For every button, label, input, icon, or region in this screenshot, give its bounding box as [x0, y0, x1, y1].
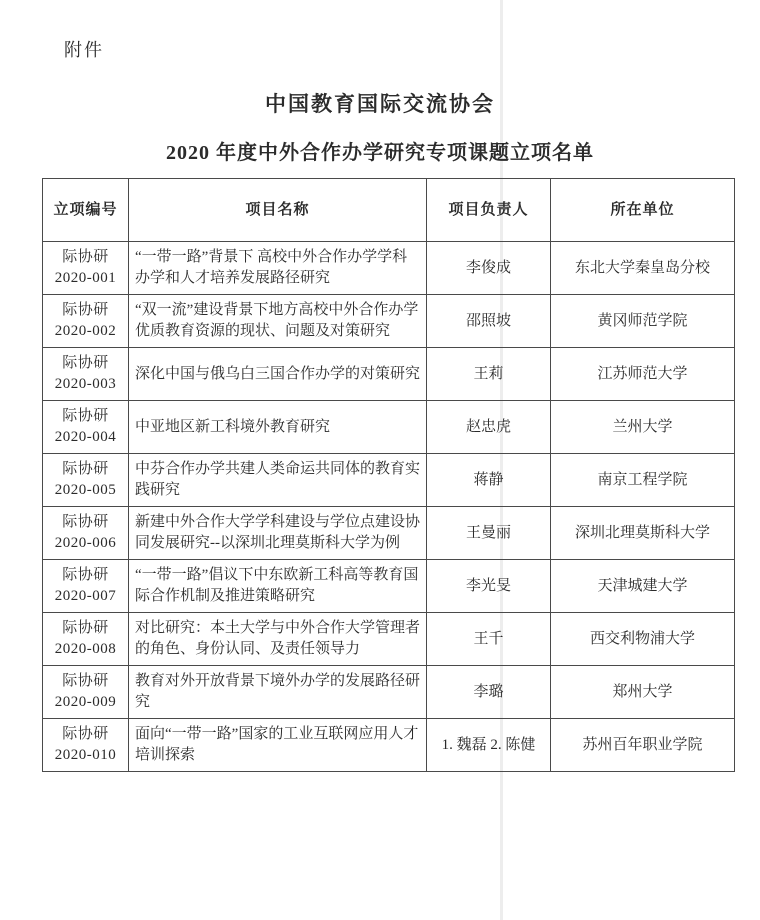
col-header-project-leader: 项目负责人	[427, 179, 551, 242]
institution: 东北大学秦皇岛分校	[551, 242, 735, 295]
institution: 苏州百年职业学院	[551, 719, 735, 772]
project-list-table: 立项编号 项目名称 项目负责人 所在单位 际协研 2020-001 “一带一路”…	[42, 178, 735, 772]
project-name: “双一流”建设背景下地方高校中外合作办学优质教育资源的现状、问题及对策研究	[129, 295, 427, 348]
project-code: 际协研 2020-010	[43, 719, 129, 772]
institution: 天津城建大学	[551, 560, 735, 613]
attachment-label: 附件	[64, 36, 104, 62]
table-row: 际协研 2020-009 教育对外开放背景下境外办学的发展路径研究 李璐 郑州大…	[43, 666, 735, 719]
col-header-project-name: 项目名称	[129, 179, 427, 242]
project-name: 中亚地区新工科境外教育研究	[129, 401, 427, 454]
project-code: 际协研 2020-009	[43, 666, 129, 719]
project-leader: 王千	[427, 613, 551, 666]
table-row: 际协研 2020-002 “双一流”建设背景下地方高校中外合作办学优质教育资源的…	[43, 295, 735, 348]
project-code: 际协研 2020-008	[43, 613, 129, 666]
project-code: 际协研 2020-003	[43, 348, 129, 401]
project-name: 深化中国与俄乌白三国合作办学的对策研究	[129, 348, 427, 401]
project-leader: 王莉	[427, 348, 551, 401]
project-leader: 李俊成	[427, 242, 551, 295]
project-leader: 李璐	[427, 666, 551, 719]
table-row: 际协研 2020-007 “一带一路”倡议下中东欧新工科高等教育国际合作机制及推…	[43, 560, 735, 613]
institution: 黄冈师范学院	[551, 295, 735, 348]
project-code: 际协研 2020-002	[43, 295, 129, 348]
col-header-project-code: 立项编号	[43, 179, 129, 242]
project-leader: 王曼丽	[427, 507, 551, 560]
table-header-row: 立项编号 项目名称 项目负责人 所在单位	[43, 179, 735, 242]
project-code: 际协研 2020-005	[43, 454, 129, 507]
institution: 郑州大学	[551, 666, 735, 719]
project-code: 际协研 2020-004	[43, 401, 129, 454]
project-name: 教育对外开放背景下境外办学的发展路径研究	[129, 666, 427, 719]
table-row: 际协研 2020-010 面向“一带一路”国家的工业互联网应用人才培训探索 1.…	[43, 719, 735, 772]
project-leader: 李光旻	[427, 560, 551, 613]
col-header-institution: 所在单位	[551, 179, 735, 242]
table-row: 际协研 2020-006 新建中外合作大学学科建设与学位点建设协同发展研究--以…	[43, 507, 735, 560]
document-page: 附件 中国教育国际交流协会 2020 年度中外合作办学研究专项课题立项名单 立项…	[0, 0, 760, 920]
table-row: 际协研 2020-004 中亚地区新工科境外教育研究 赵忠虎 兰州大学	[43, 401, 735, 454]
project-leader: 邵照坡	[427, 295, 551, 348]
institution: 南京工程学院	[551, 454, 735, 507]
project-name: 对比研究：本土大学与中外合作大学管理者的角色、身份认同、及责任领导力	[129, 613, 427, 666]
table-row: 际协研 2020-001 “一带一路”背景下 高校中外合作办学学科办学和人才培养…	[43, 242, 735, 295]
project-name: 面向“一带一路”国家的工业互联网应用人才培训探索	[129, 719, 427, 772]
project-code: 际协研 2020-006	[43, 507, 129, 560]
project-code: 际协研 2020-007	[43, 560, 129, 613]
project-leader: 蒋静	[427, 454, 551, 507]
document-subtitle: 2020 年度中外合作办学研究专项课题立项名单	[0, 136, 760, 165]
institution: 西交利物浦大学	[551, 613, 735, 666]
project-name: 中芬合作办学共建人类命运共同体的教育实践研究	[129, 454, 427, 507]
project-name: “一带一路”倡议下中东欧新工科高等教育国际合作机制及推进策略研究	[129, 560, 427, 613]
project-name: 新建中外合作大学学科建设与学位点建设协同发展研究--以深圳北理莫斯科大学为例	[129, 507, 427, 560]
document-title: 中国教育国际交流协会	[0, 88, 760, 118]
project-code: 际协研 2020-001	[43, 242, 129, 295]
institution: 兰州大学	[551, 401, 735, 454]
institution: 深圳北理莫斯科大学	[551, 507, 735, 560]
project-leader: 1. 魏磊 2. 陈健	[427, 719, 551, 772]
project-name: “一带一路”背景下 高校中外合作办学学科办学和人才培养发展路径研究	[129, 242, 427, 295]
institution: 江苏师范大学	[551, 348, 735, 401]
table-row: 际协研 2020-008 对比研究：本土大学与中外合作大学管理者的角色、身份认同…	[43, 613, 735, 666]
table-row: 际协研 2020-005 中芬合作办学共建人类命运共同体的教育实践研究 蒋静 南…	[43, 454, 735, 507]
table-row: 际协研 2020-003 深化中国与俄乌白三国合作办学的对策研究 王莉 江苏师范…	[43, 348, 735, 401]
project-leader: 赵忠虎	[427, 401, 551, 454]
